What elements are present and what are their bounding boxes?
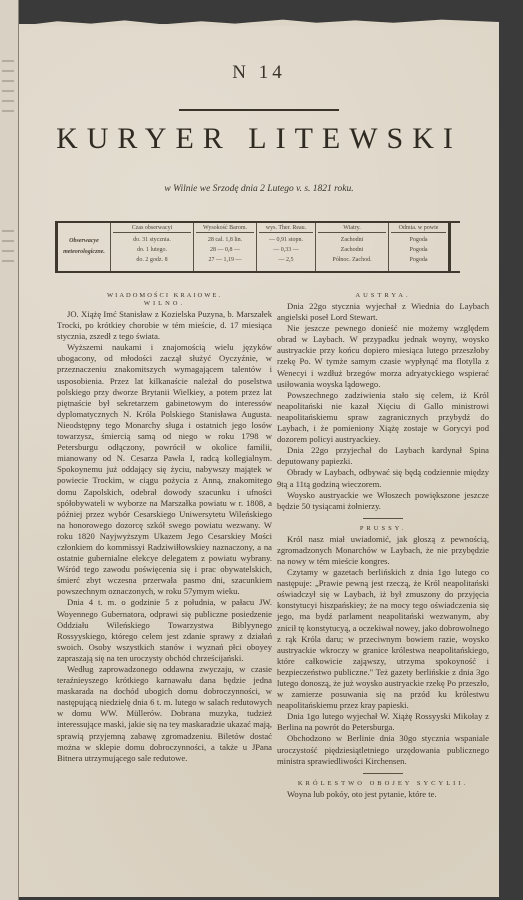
article-paragraph: Dnia 4 t. m. o godzinie 5 z południa, w … — [57, 597, 272, 664]
dateline: w Wilnie we Srzodę dnia 2 Lutego v. s. 1… — [19, 184, 499, 194]
right-column: AUSTRYA. Dnia 22go stycznia wyjechał z W… — [277, 292, 489, 800]
article-paragraph: Dnia 1go lutego wyjechał W. Xiążę Rossyy… — [277, 711, 489, 733]
article-paragraph: Obrady w Laybach, odbywać się będą codzi… — [277, 467, 489, 489]
section-heading: WIADOMOŚCI KRAIOWE. — [57, 292, 272, 299]
torn-edge — [19, 18, 499, 26]
previous-page-edge — [0, 0, 19, 900]
article-paragraph: JO. Xiążę Imć Stanisław z Kozielska Puzy… — [57, 309, 272, 342]
weather-col-sky: Odmia. w powie Pogoda Pogoda Pogoda — [389, 223, 451, 271]
article-paragraph: Król nasz miał uwiadomić, jak głoszą z p… — [277, 534, 489, 567]
masthead-rule — [179, 109, 339, 111]
left-column: WIADOMOŚCI KRAIOWE. WILNO. JO. Xiążę Imć… — [57, 292, 272, 764]
section-subheading: WILNO. — [57, 300, 272, 307]
article-paragraph: Według zaprowadzonego oddawna zwyczaju, … — [57, 664, 272, 764]
weather-col-winds: Wiatry. Zachodni Zachodni Północ. Zachod… — [316, 223, 389, 271]
weather-table: Obserwacye meteorologiczne. Czas obserwa… — [55, 221, 460, 273]
section-heading-austrya: AUSTRYA. — [277, 292, 489, 299]
weather-col-barometer: Wysokość Barom. 28 cal. 1,8 lin. 28 — 0,… — [194, 223, 257, 271]
article-paragraph: Dnia 22go stycznia wyjechał z Wiednia do… — [277, 301, 489, 323]
article-paragraph: Dnia 22go przyjechał do Laybach kardynał… — [277, 445, 489, 467]
section-heading-sycylia: KRÓLESTWO OBOJEY SYCYLII. — [277, 780, 489, 787]
article-paragraph: Czytamy w gazetach berlińskich z dnia 1g… — [277, 567, 489, 711]
newspaper-page: N 14 KURYER LITEWSKI w Wilnie we Srzodę … — [19, 24, 499, 897]
issue-number: N 14 — [19, 62, 499, 84]
article-paragraph: Woysko austryackie we Włoszech powiększo… — [277, 490, 489, 512]
article-paragraph: Wyższemi naukami i znajomością wielu jęz… — [57, 342, 272, 597]
weather-col-thermometer: wys. Ther. Reau. — 0,91 stopn. — 0,33 — … — [257, 223, 316, 271]
article-paragraph: Obchodzono w Berlinie dnia 30go stycznia… — [277, 733, 489, 766]
section-divider — [363, 773, 403, 774]
section-heading-prussy: PRUSSY. — [277, 525, 489, 532]
article-paragraph: Powszechnego zadziwienia stało się celem… — [277, 390, 489, 445]
article-paragraph: Woyna lub pokóy, oto jest pytanie, które… — [277, 789, 489, 800]
section-divider — [363, 518, 403, 519]
newspaper-title: KURYER LITEWSKI — [19, 122, 499, 156]
weather-col-time: Czas obserwacyi do. 31 stycznia. do. 1 l… — [111, 223, 194, 271]
weather-table-label: Obserwacye meteorologiczne. — [55, 223, 111, 271]
article-paragraph: Nie jeszcze pewnego donieść nie możemy w… — [277, 323, 489, 390]
